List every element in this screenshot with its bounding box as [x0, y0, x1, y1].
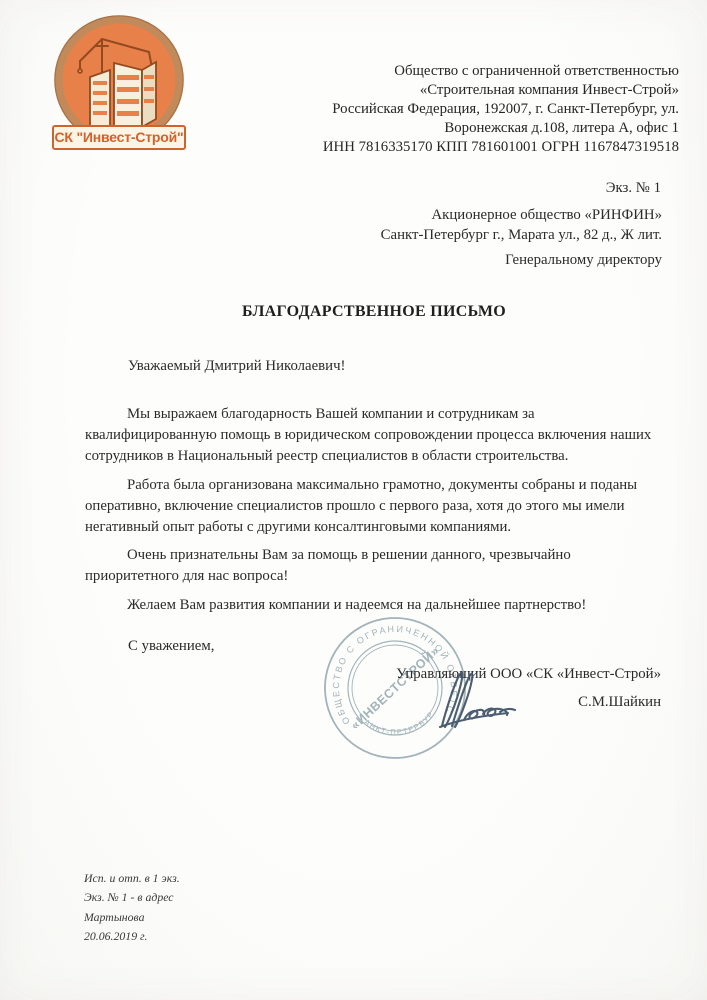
company-registration-line: ИНН 7816335170 КПП 781601001 ОГРН 116784… [249, 138, 679, 157]
executor-note-line: Экз. № 1 - в адрес [84, 888, 180, 907]
letter-body: Мы выражаем благодарность Вашей компании… [85, 404, 665, 623]
executor-note: Исп. и отп. в 1 экз. Экз. № 1 - в адрес … [84, 869, 180, 946]
body-paragraph: Мы выражаем благодарность Вашей компании… [85, 404, 665, 468]
logo-label: СК "Инвест-Строй" [52, 125, 186, 150]
company-address-line: Российская Федерация, 192007, г. Санкт-П… [249, 100, 679, 119]
salutation: Уважаемый Дмитрий Николаевич! [128, 358, 345, 375]
closing-phrase: С уважением, [128, 638, 214, 655]
copy-number: Экз. № 1 [606, 180, 661, 197]
company-name-line: Общество с ограниченной ответственностью [249, 62, 679, 81]
recipient-organization: Акционерное общество «РИНФИН» [381, 206, 662, 226]
recipient-attention: Генеральному директору [381, 251, 662, 271]
scanned-letter-page: СК "Инвест-Строй" Общество с ограниченно… [0, 0, 707, 1000]
executor-note-line: 20.06.2019 г. [84, 927, 180, 946]
signatory-name: С.М.Шайкин [578, 694, 661, 711]
company-details-block: Общество с ограниченной ответственностью… [249, 62, 679, 157]
body-paragraph: Очень признательны Вам за помощь в решен… [85, 545, 665, 587]
body-paragraph: Работа была организована максимально гра… [85, 475, 665, 539]
body-paragraph: Желаем Вам развития компании и надеемся … [85, 595, 665, 616]
handwritten-signature-icon [428, 668, 523, 730]
letter-title: БЛАГОДАРСТВЕННОЕ ПИСЬМО [85, 303, 663, 321]
executor-note-line: Мартынова [84, 908, 180, 927]
recipient-address: Санкт-Петербург г., Марата ул., 82 д., Ж… [381, 226, 662, 246]
recipient-block: Акционерное общество «РИНФИН» Санкт-Пете… [381, 206, 662, 271]
company-address-line: Воронежская д.108, литера А, офис 1 [249, 119, 679, 138]
executor-note-line: Исп. и отп. в 1 экз. [84, 869, 180, 888]
company-logo: СК "Инвест-Строй" [52, 13, 186, 165]
company-name-line: «Строительная компания Инвест-Строй» [249, 81, 679, 100]
